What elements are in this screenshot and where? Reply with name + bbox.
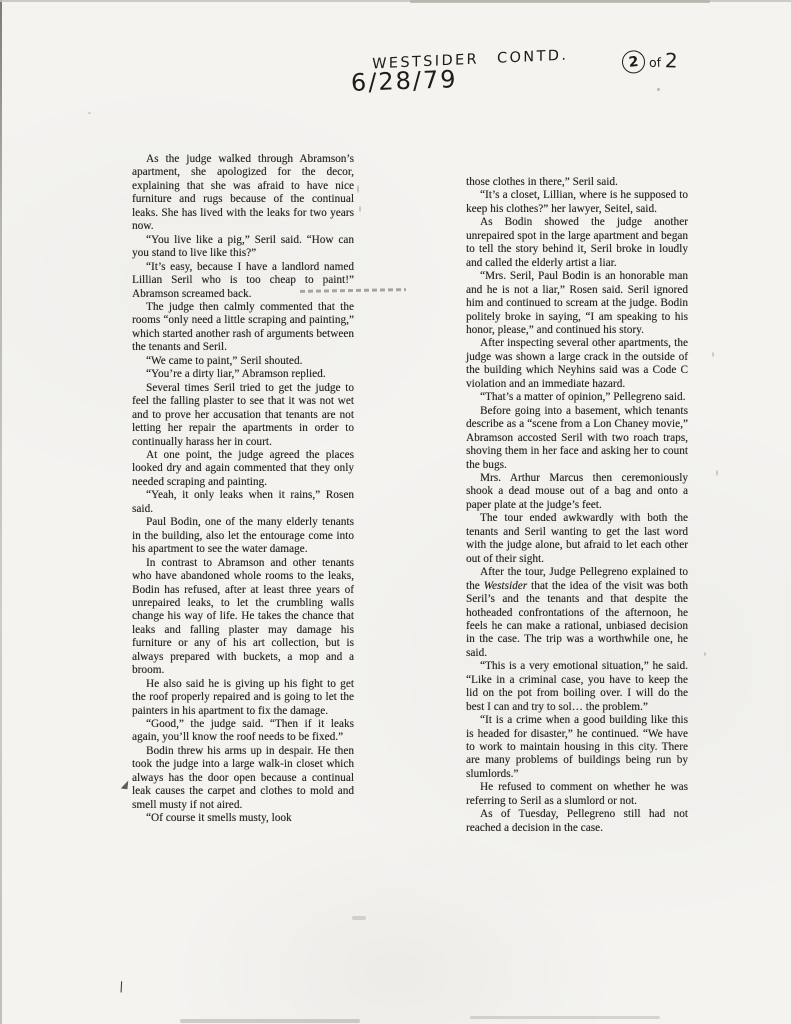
article-paragraph: He also said he is giving up his fight t… — [132, 678, 354, 718]
pen-tick-mark: \ — [117, 980, 126, 996]
article-left-column: As the judge walked through Abramson’s a… — [132, 153, 354, 826]
article-paragraph: “You’re a dirty liar,” Abramson replied. — [132, 368, 354, 381]
article-paragraph: As Bodin showed the judge another unrepa… — [466, 216, 688, 270]
page-total: 2 — [665, 48, 678, 72]
article-paragraph: As of Tuesday, Pellegreno still had not … — [466, 808, 688, 835]
scan-speck — [657, 88, 660, 91]
scan-speck — [352, 916, 366, 920]
article-paragraph: “Yeah, it only leaks when it rains,” Ros… — [132, 489, 354, 516]
pen-margin-mark — [121, 780, 129, 790]
article-paragraph: Paul Bodin, one of the many elderly tena… — [132, 516, 354, 556]
page-of-label: of — [649, 54, 661, 69]
publication-name: Westsider — [484, 580, 528, 592]
article-paragraph: “You live like a pig,” Seril said. “How … — [132, 234, 354, 261]
scan-smudge — [180, 1019, 360, 1023]
article-paragraph: “Good,” the judge said. “Then if it leak… — [132, 718, 354, 745]
article-paragraph: “Mrs. Seril, Paul Bodin is an honorable … — [466, 270, 688, 337]
scan-speck — [88, 112, 91, 114]
article-paragraph: “This is a very emotional situation,” he… — [466, 660, 688, 714]
article-right-column: those clothes in there,” Seril said. “It… — [466, 176, 688, 835]
scan-speck — [704, 652, 706, 656]
scan-edge-smudge — [410, 0, 710, 3]
article-paragraph: “Of course it smells musty, look — [132, 812, 354, 825]
handwritten-page-number: 2 of 2 — [622, 48, 678, 73]
article-paragraph: Mrs. Arthur Marcus then ceremoniously sh… — [466, 472, 688, 512]
article-paragraph: Several times Seril tried to get the jud… — [132, 382, 354, 449]
scan-speck — [712, 352, 714, 357]
article-paragraph: He refused to comment on whether he was … — [466, 781, 688, 808]
article-paragraph: At one point, the judge agreed the place… — [132, 449, 354, 489]
article-paragraph: Before going into a basement, which tena… — [466, 405, 688, 472]
article-paragraph: “It’s a closet, Lillian, where is he sup… — [466, 189, 688, 216]
scan-edge-left — [0, 0, 2, 1024]
scan-speck — [359, 206, 361, 212]
scanned-document-page: WESTSIDER CONTD. 6/28/79 2 of 2 As the j… — [0, 0, 791, 1024]
article-paragraph: “It is a crime when a good building like… — [466, 714, 688, 781]
article-paragraph: those clothes in there,” Seril said. — [466, 176, 688, 189]
article-paragraph: “It’s easy, because I have a landlord na… — [132, 261, 354, 301]
handwritten-date: 6/28/79 — [351, 65, 458, 97]
article-paragraph: The tour ended awkwardly with both the t… — [466, 512, 688, 566]
article-paragraph: “We came to paint,” Seril shouted. — [132, 355, 354, 368]
scan-speck — [357, 185, 359, 193]
article-paragraph: In contrast to Abramson and other tenant… — [132, 557, 354, 678]
article-paragraph: The judge then calmly commented that the… — [132, 301, 354, 355]
article-paragraph: Bodin threw his arms up in despair. He t… — [132, 745, 354, 812]
article-paragraph: As the judge walked through Abramson’s a… — [132, 153, 354, 234]
article-paragraph: After inspecting several other apartment… — [466, 337, 688, 391]
article-paragraph: “That’s a matter of opinion,” Pellegreno… — [466, 391, 688, 404]
scan-smudge — [470, 1016, 660, 1019]
scan-speck — [716, 470, 718, 476]
article-paragraph: After the tour, Judge Pellegreno explain… — [466, 566, 688, 660]
circled-page-number: 2 — [621, 49, 646, 74]
